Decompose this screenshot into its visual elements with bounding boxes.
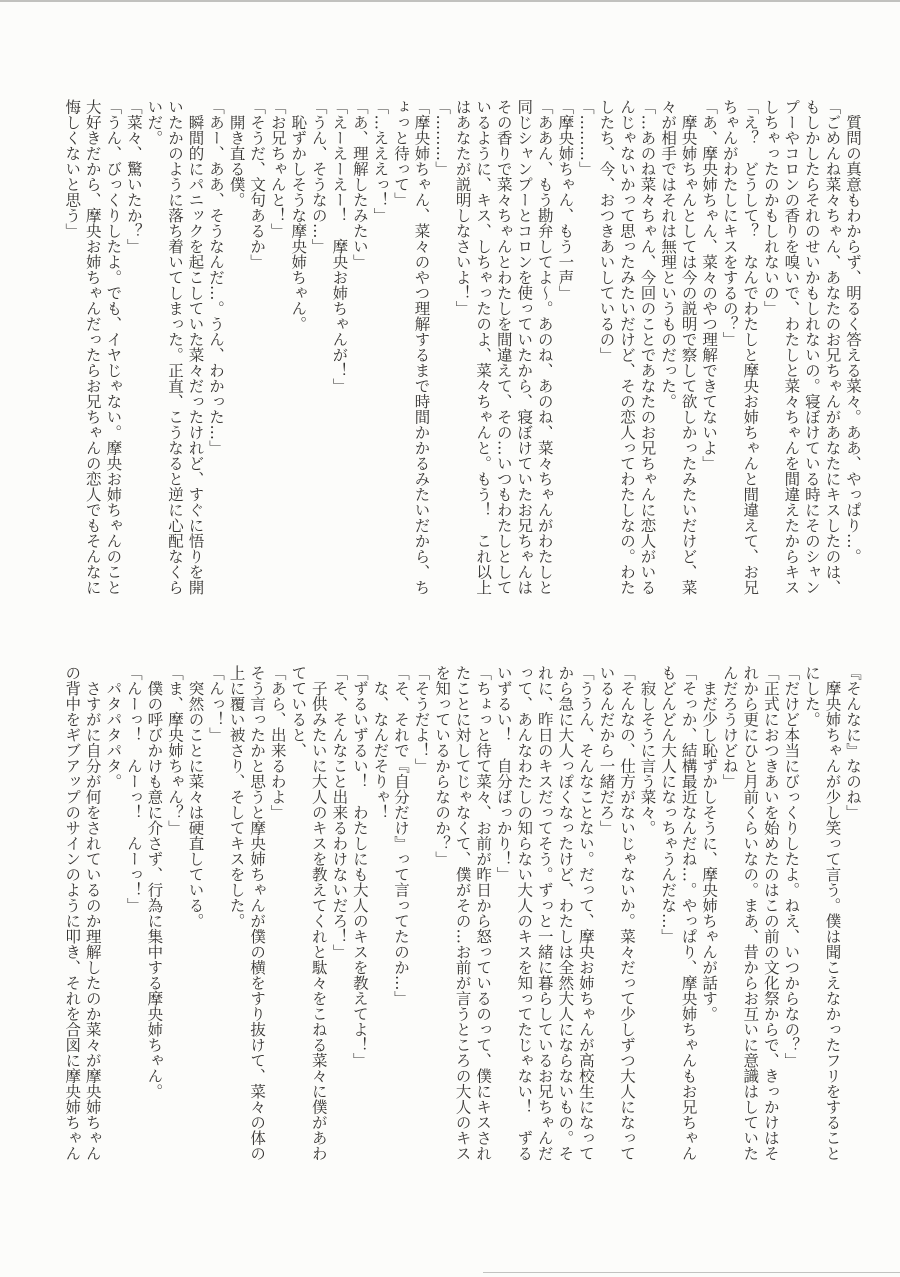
text-line: したち、今、おつきあいしているの」 [596,99,617,615]
text-line: 「うん、びっくりしたよ。でも、イヤじゃない。摩央お姉ちゃんのこと [103,99,124,615]
text-line: んじゃないかって思ったみたいだけど、その恋人ってわたしなの。わた [616,99,637,615]
text-line: れから更にひと月前くらいなの。まあ、昔からお互いに意識はしていた [740,665,761,1181]
text-line: 「…あのね菜々ちゃん、今回のことであなたのお兄ちゃんに恋人がいる [637,99,658,615]
text-line: 質問の真意もわからず、明るく答える菜々。ああ、やっぱり…。 [842,99,863,615]
text-line: 「そ、そんなこと出来るわけないだろ！」 [329,665,350,1181]
text-line: 「そ、それで『自分だけ』って言ってたのか…」 [390,665,411,1181]
text-line: もどんどん大人になっちゃうんだな…」 [658,665,679,1181]
text-line: さすがに自分が何をされているのか理解したのか菜々が摩央姉ちゃん [82,665,103,1181]
text-line: 摩央姉ちゃんとしては今の説明で察して欲しかったみたいだけど、菜 [678,99,699,615]
text-line: な、なんだそりゃ！ [370,665,391,1181]
text-line: にした。 [801,665,822,1181]
text-line: 「あら、出来るわよ」 [267,665,288,1181]
text-line: 「だけど本当にびっくりしたよ。ねえ、いつからなの？」 [781,665,802,1181]
text-line: 「ずるいずるい！ わたしにも大人のキスを教えてよ！」 [349,665,370,1181]
text-line: いるんだから一緒だろ」 [596,665,617,1181]
text-line: んだろうけどね」 [719,665,740,1181]
text-line: 同じシャンプーとコロンを使っていたから、寝ぼけていたお兄ちゃんは [514,99,535,615]
text-line: 「そんなの、仕方がないじゃないか。菜々だって少しずつ大人になって [616,665,637,1181]
text-line: いだ。 [144,99,165,615]
text-line: てていると、 [288,665,309,1181]
text-line: 開き直る僕。 [226,99,247,615]
text-line: いるように、キス、しちゃったのよ、菜々ちゃんと。もう！ これ以上 [473,99,494,615]
text-line: 「ごめんね菜々ちゃん、あなたのお兄ちゃんがあなたにキスしたのは、 [822,99,843,615]
text-line: パタパタパタ。 [103,665,124,1181]
text-line: しちゃったのかもしれないの」 [760,99,781,615]
text-line: から急に大人っぽくなったけど、わたしは全然大人にならないもの。そ [555,665,576,1181]
text-line: 瞬間的にパニックを起こしていた菜々だったけれど、すぐに悟りを開 [185,99,206,615]
scan-edge-bottom [483,1272,900,1273]
text-line: 「そうだよ！」 [411,665,432,1181]
scanned-page: 質問の真意もわからず、明るく答える菜々。ああ、やっぱり…。「ごめんね菜々ちゃん、… [0,0,900,1277]
text-line: 「お兄ちゃんと！」 [267,99,288,615]
text-line: 「摩央姉ちゃん、菜々のやつ理解するまで時間かかるみたいだから、ち [411,99,432,615]
text-line: 「………」 [575,99,596,615]
text-line: ちゃんがわたしにキスをするの？」 [719,99,740,615]
text-line: 「あ、摩央姉ちゃん、菜々のやつ理解できてないよ」 [699,99,720,615]
scan-edge-top [0,0,900,2]
text-line: まだ少し恥ずかしそうに、摩央姉ちゃんが話す。 [699,665,720,1181]
text-line: 「そっか、結構最近なんだね…。やっぱり、摩央姉ちゃんもお兄ちゃん [678,665,699,1181]
text-line: 「え？ どうして？ なんでわたしと摩央お姉ちゃんと間違えて、お兄 [740,99,761,615]
text-line: そう言ったかと思うと摩央姉ちゃんが僕の横をすり抜けて、菜々の体の [247,665,268,1181]
text-line: 「えーえーえー！ 摩央お姉ちゃんが！」 [329,99,350,615]
text-line: 「そうだ、文句あるか」 [247,99,268,615]
text-line: 子供みたいに大人のキスを教えてくれと駄々をこねる菜々に僕があわ [308,665,329,1181]
text-line: もしかしたらそれのせいかもしれないの。寝ぼけている時にそのシャン [801,99,822,615]
text-line: 突然のことに菜々は硬直している。 [185,665,206,1181]
text-line: の背中をギブアップのサインのように叩き、それを合図に摩央姉ちゃん [62,665,83,1181]
text-line: その香りで菜々ちゃんとわたしを間違えて、その…いつもわたしとして [493,99,514,615]
text-line: を知っているからなのか？」 [432,665,453,1181]
text-line: 「摩央姉ちゃん、もう一声」 [555,99,576,615]
text-line: 「ちょっと待て菜々、お前が昨日から怒っているのって、僕にキスされ [473,665,494,1181]
text-line: って、あんなわたしの知らない大人のキスを知ってたじゃない！ ずる [514,665,535,1181]
text-line: 「んっ！」 [206,665,227,1181]
text-line: はあなたが説明しなさいよ！」 [452,99,473,615]
text-line: 「菜々、驚いたか？」 [123,99,144,615]
text-line: プーやコロンの香りを嗅いで、わたしと菜々ちゃんを間違えたからキス [781,99,802,615]
text-line: 「………」 [432,99,453,615]
text-line: 摩央姉ちゃんが少し笑って言う。僕は聞こえなかったフリをすること [822,665,843,1181]
text-line: 「ああん、もう勘弁してよ〜。あのね、あのね、菜々ちゃんがわたしと [534,99,555,615]
text-line: れに、昨日のキスだってそう。ずっと一緒に暮らしているお兄ちゃんだ [534,665,555,1181]
text-line: いたかのように落ち着いてしまった。正直、こうなると逆に心配なくら [164,99,185,615]
text-line: 寂しそうに言う菜々。 [637,665,658,1181]
text-line: 々が相手ではそれは無理というものだった。 [658,99,679,615]
text-line: 「ううん、そんなことない。だって、摩央お姉ちゃんが高校生になって [575,665,596,1181]
text-line: ょっと待って」 [390,99,411,615]
text-block-top: 質問の真意もわからず、明るく答える菜々。ああ、やっぱり…。「ごめんね菜々ちゃん、… [62,99,863,615]
text-line: 僕の呼びかけも意に介さず、行為に集中する摩央姉ちゃん。 [144,665,165,1181]
text-line: 「んーっ！ んーっ！ んーっ！」 [123,665,144,1181]
text-line: 「正式におつきあいを始めたのはこの前の文化祭からで、きっかけはそ [760,665,781,1181]
text-line: 「あー、ああ、そうなんだ…。うん、わかった…」 [206,99,227,615]
text-line: 恥ずかしそうな摩央姉ちゃん。 [288,99,309,615]
text-line: 悔しくないと思う」 [62,99,83,615]
text-line: 『そんなに』なのね」 [842,665,863,1181]
text-line: いずるい！ 自分ばっかり！」 [493,665,514,1181]
text-line: 「ま、摩央姉ちゃん？」 [164,665,185,1181]
text-block-bottom: 『そんなに』なのね」 摩央姉ちゃんが少し笑って言う。僕は聞こえなかったフリをする… [62,665,863,1181]
text-line: 上に覆い被さり、そしてキスをした。 [226,665,247,1181]
text-line: 大好きだから、摩央お姉ちゃんだったらお兄ちゃんの恋人でもそんなに [82,99,103,615]
text-line: 「あ、理解したみたい」 [349,99,370,615]
text-line: たことに対してじゃなくて、僕がその…お前が言うところの大人のキス [452,665,473,1181]
text-line: 「うん、そうなの…」 [308,99,329,615]
text-line: 「…えええっ！」 [370,99,391,615]
